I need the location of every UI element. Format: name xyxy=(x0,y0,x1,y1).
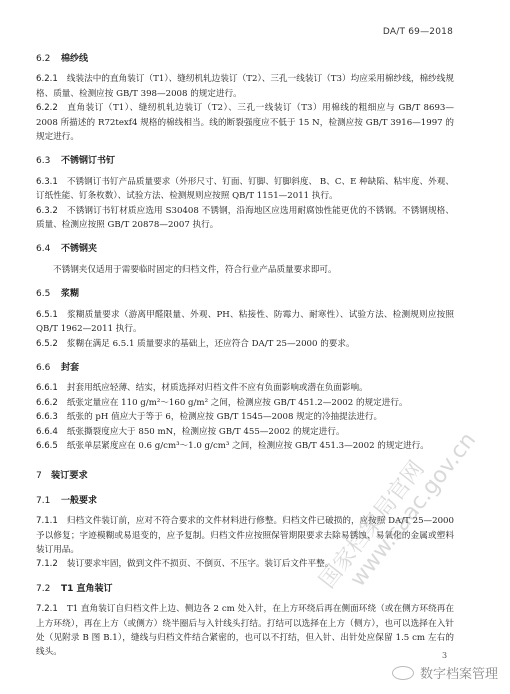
source-logo: 数字档案管理 xyxy=(392,663,498,682)
clause-6-6-2: 6.6.2纸张定量应在 110 g/m²～160 g/m² 之间，检测应按 GB… xyxy=(36,396,454,410)
clause-6-3-2: 6.3.2不锈钢订书钉材质应选用 S30408 不锈钢，沿海地区应选用耐腐蚀性能… xyxy=(36,204,454,233)
clause-6-4: 不锈钢夹仅适用于需要临时固定的归档文件，符合行业产品质量要求即可。 xyxy=(36,263,454,277)
clause-7-1-2: 7.1.2装订要求牢固，做到文件不损页、不倒页、不压字。装订后文件平整。 xyxy=(36,557,454,571)
clause-6-6-1: 6.6.1封套用纸应轻薄、结实，材质选择对归档文件不应有负面影响或潜在负面影响。 xyxy=(36,381,454,395)
clause-6-6-5: 6.6.5纸张单层紧度应在 0.6 g/cm³～1.0 g/cm³ 之间，检测应… xyxy=(36,439,454,453)
clause-7-2-1: 7.2.1T1 直角装订自归档文件上边、侧边各 2 cm 处入针，在上方环绕后再… xyxy=(36,602,454,660)
clause-6-6-4: 6.6.4纸张撕裂度应大于 850 mN，检测应按 GB/T 455—2002 … xyxy=(36,425,454,439)
section-heading-7-1: 7.1一般要求 xyxy=(36,494,454,508)
section-heading-6-6: 6.6封套 xyxy=(36,361,454,375)
logo-label: 数字档案管理 xyxy=(420,663,498,682)
section-heading-7-2: 7.2T1 直角装订 xyxy=(36,582,454,596)
section-heading-6-4: 6.4不锈钢夹 xyxy=(36,242,454,256)
clause-6-6-3: 6.6.3纸张的 pH 值应大于等于 6，检测应按 GB/T 1545—2008… xyxy=(36,410,454,424)
section-heading-7: 7装订要求 xyxy=(36,469,454,483)
section-heading-6-3: 6.3不锈钢订书钉 xyxy=(36,154,454,168)
clause-6-2-1: 6.2.1线装法中的直角装订（T1）、缝纫机轧边装订（T2）、三孔一线装订（T3… xyxy=(36,72,454,101)
document-body: 6.2棉纱线 6.2.1线装法中的直角装订（T1）、缝纫机轧边装订（T2）、三孔… xyxy=(36,42,454,660)
section-heading-6-5: 6.5浆糊 xyxy=(36,287,454,301)
doc-code: DA/T 69—2018 xyxy=(383,27,453,37)
clause-6-5-2: 6.5.2浆糊在满足 6.5.1 质量要求的基础上，还应符合 DA/T 25—2… xyxy=(36,337,454,351)
clause-6-2-2: 6.2.2直角装订（T1）、缝纫机轧边装订（T2）、三孔一线装订（T3）用棉线的… xyxy=(36,101,454,144)
clause-6-3-1: 6.3.1不锈钢订书钉产品质量要求（外形尺寸、钉面、钉脚、钉脚斜度、 B、C、E… xyxy=(36,175,454,204)
clause-6-5-1: 6.5.1浆糊质量要求（游离甲醛限量、外观、PH、粘接性、防霉力、耐寒性）、试验… xyxy=(36,308,454,337)
clause-7-1-1: 7.1.1归档文件装订前，应对不符合要求的文件材料进行修整。归档文件已破损的，应… xyxy=(36,514,454,557)
section-heading-6-2: 6.2棉纱线 xyxy=(36,52,454,66)
document-page: DA/T 69—2018 6.2棉纱线 6.2.1线装法中的直角装订（T1）、缝… xyxy=(0,0,510,694)
page-number: 3 xyxy=(442,651,447,660)
wechat-icon xyxy=(392,666,414,680)
